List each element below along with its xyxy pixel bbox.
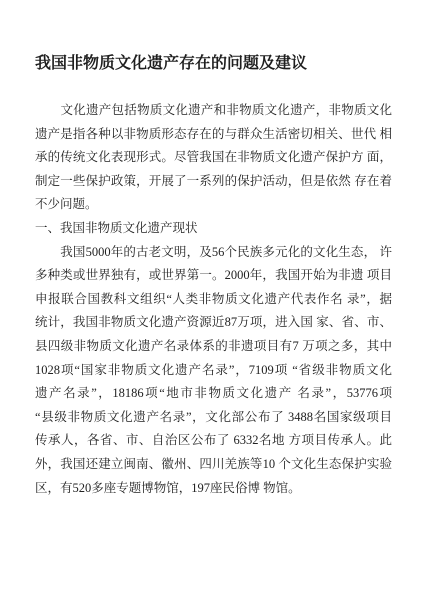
body-line: 多种类或世界独有，或世界第一。2000年，我国开始为非遗 项目 [35, 264, 392, 288]
body-line: 制定一些保护政策，开展了一系列的保护活动，但是依然 存在着 [35, 170, 392, 194]
body-line: 传承人，各省、市、自治区公布了 6332名地 方项目传承人。此 [35, 429, 392, 453]
body-line: 文化遗产包括物质文化遗产和非物质文化遗产，非物质文化 [35, 99, 392, 123]
body-line: “县级非物质文化遗产名录”，文化部公布了 3488名国家级项目 [35, 406, 392, 430]
document-body: 文化遗产包括物质文化遗产和非物质文化遗产，非物质文化 遗产是指各种以非物质形态存… [35, 99, 392, 500]
body-line: 区，有520多座专题博物馆，197座民俗博 物馆。 [35, 477, 392, 501]
body-line: 县四级非物质文化遗产名录体系的非遗项目有7 万项之多，其中 [35, 335, 392, 359]
body-line: 承的传统文化表现形式。尽管我国在非物质文化遗产保护方 面， [35, 146, 392, 170]
document-page: 我国非物质文化遗产存在的问题及建议 文化遗产包括物质文化遗产和非物质文化遗产，非… [0, 0, 424, 600]
body-line: 遗产是指各种以非物质形态存在的与群众生活密切相关、世代 相 [35, 123, 392, 147]
body-line: 统计，我国非物质文化遗产资源近87万项，进入国 家、省、市、 [35, 311, 392, 335]
body-line: 遗产名录”，18186项“地市非物质文化遗产 名录”，53776项 [35, 382, 392, 406]
body-line: 1028项“国家非物质文化遗产名录”，7109项 “省级非物质文化 [35, 359, 392, 383]
section-heading: 一、我国非物质文化遗产现状 [35, 217, 392, 241]
body-line: 我国5000年的古老文明，及56个民族多元化的文化生态， 许 [35, 241, 392, 265]
document-title: 我国非物质文化遗产存在的问题及建议 [35, 52, 392, 76]
body-line: 不少问题。 [35, 193, 392, 217]
body-line: 申报联合国教科文组织“人类非物质文化遗产代表作名 录”，据 [35, 288, 392, 312]
body-line: 外，我国还建立闽南、徽州、四川羌族等10 个文化生态保护实验 [35, 453, 392, 477]
